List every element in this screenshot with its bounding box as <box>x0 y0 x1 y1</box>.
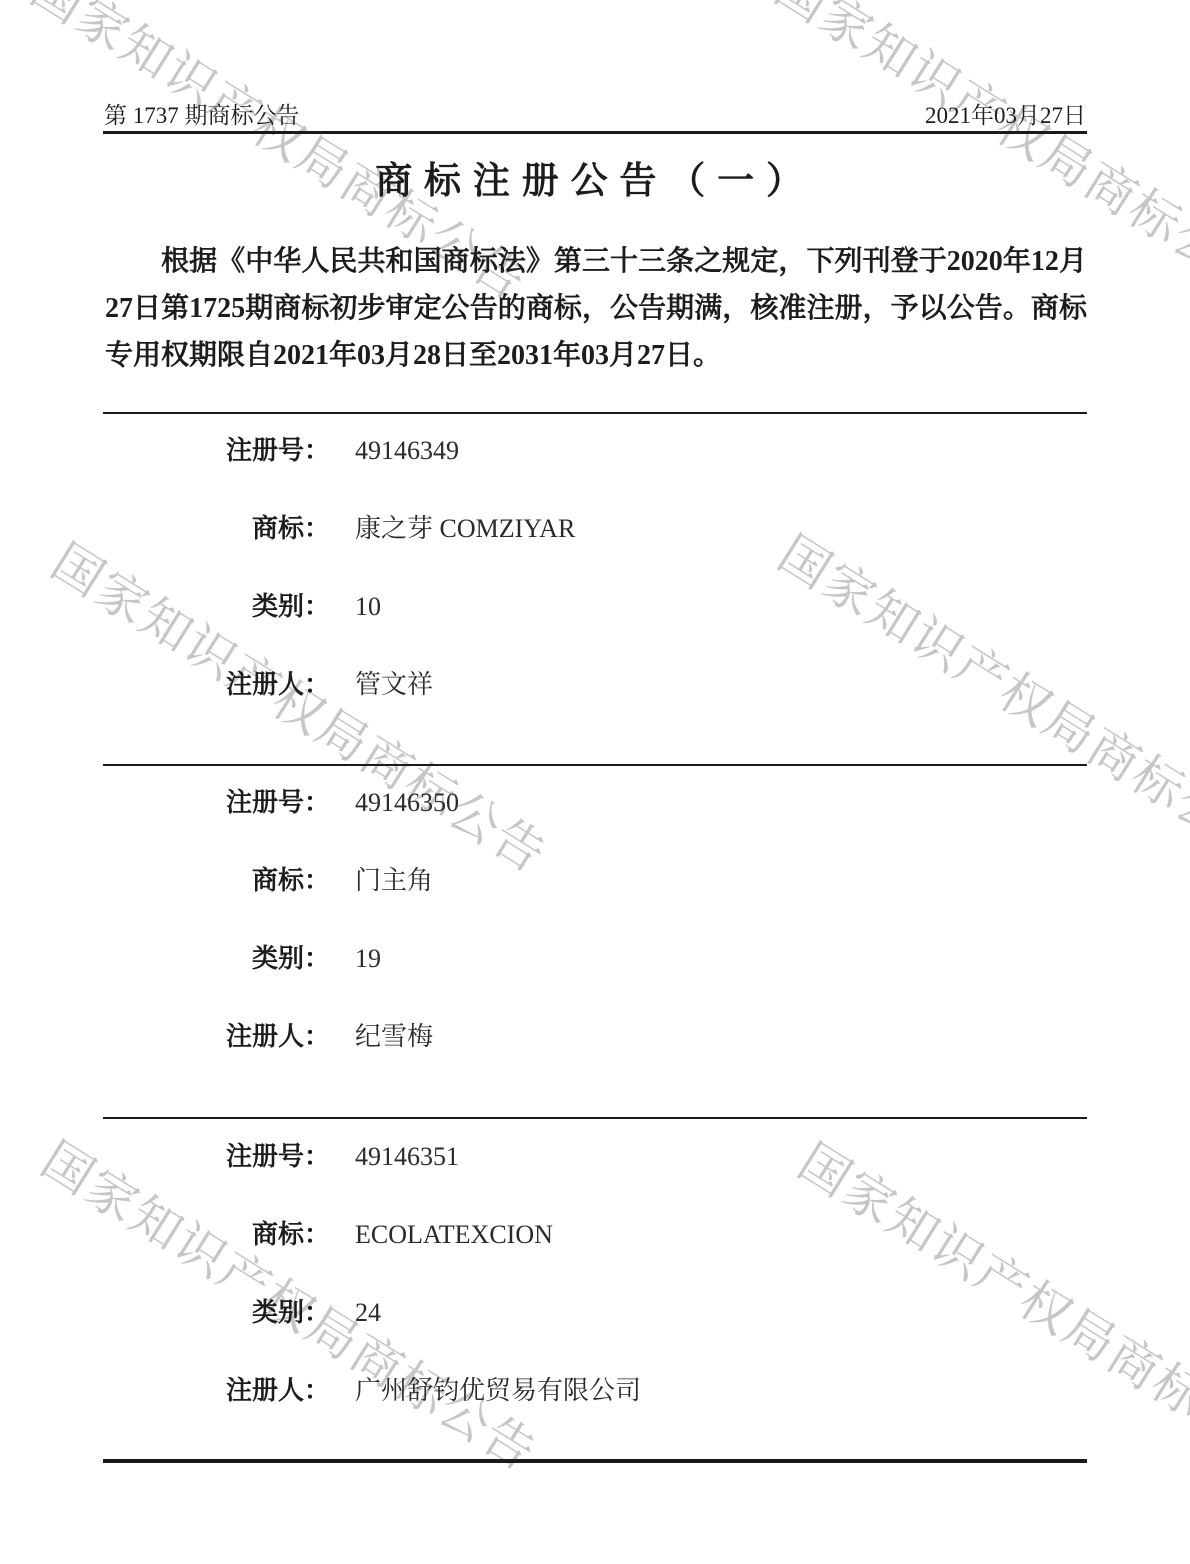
gazette-date: 2021年03月27日 <box>925 97 1086 130</box>
gazette-issue-label: 第 1737 期商标公告 <box>104 97 300 130</box>
field-label: 商标： <box>102 1214 330 1251</box>
page-bottom-divider <box>103 1459 1087 1463</box>
field-value: 49146350 <box>355 788 459 818</box>
trademark-entry: 注册号： 49146350 商标： 门主角 类别： 19 注册人： 纪雪梅 <box>102 782 1087 1094</box>
field-row-registrant: 注册人： 广州舒钧优贸易有限公司 <box>102 1370 1087 1397</box>
intro-paragraph: 根据《中华人民共和国商标法》第三十三条之规定，下列刊登于2020年12月27日第… <box>105 238 1087 379</box>
field-row-reg-no: 注册号： 49146349 <box>102 430 1087 457</box>
field-label: 类别： <box>102 586 330 623</box>
field-label: 注册号： <box>102 782 330 819</box>
field-row-class: 类别： 24 <box>102 1292 1087 1319</box>
field-row-trademark: 商标： 康之芽 COMZIYAR <box>102 508 1087 535</box>
field-value: 49146351 <box>355 1142 459 1172</box>
field-label: 商标： <box>102 508 330 545</box>
field-label: 注册人： <box>102 1370 330 1407</box>
field-label: 注册人： <box>102 1016 330 1053</box>
field-value: ECOLATEXCION <box>355 1220 553 1250</box>
field-label: 类别： <box>102 1292 330 1329</box>
field-value: 康之芽 COMZIYAR <box>355 508 575 545</box>
field-label: 类别： <box>102 938 330 975</box>
field-value: 19 <box>355 944 381 974</box>
page-title: 商标注册公告（一） <box>0 150 1190 204</box>
field-label: 注册人： <box>102 664 330 701</box>
header-divider <box>103 131 1087 134</box>
field-value: 24 <box>355 1298 381 1328</box>
field-value: 管文祥 <box>355 664 433 701</box>
field-row-trademark: 商标： 门主角 <box>102 860 1087 887</box>
entry-divider <box>103 1117 1087 1119</box>
field-label: 注册号： <box>102 430 330 467</box>
field-value: 49146349 <box>355 436 459 466</box>
field-value: 10 <box>355 592 381 622</box>
field-label: 商标： <box>102 860 330 897</box>
trademark-entry: 注册号： 49146351 商标： ECOLATEXCION 类别： 24 注册… <box>102 1136 1087 1448</box>
field-row-reg-no: 注册号： 49146351 <box>102 1136 1087 1163</box>
field-row-reg-no: 注册号： 49146350 <box>102 782 1087 809</box>
field-row-class: 类别： 19 <box>102 938 1087 965</box>
field-value: 门主角 <box>355 860 433 897</box>
field-label: 注册号： <box>102 1136 330 1173</box>
field-row-registrant: 注册人： 纪雪梅 <box>102 1016 1087 1043</box>
field-value: 纪雪梅 <box>355 1016 433 1053</box>
field-row-trademark: 商标： ECOLATEXCION <box>102 1214 1087 1241</box>
trademark-entry: 注册号： 49146349 商标： 康之芽 COMZIYAR 类别： 10 注册… <box>102 430 1087 742</box>
field-row-registrant: 注册人： 管文祥 <box>102 664 1087 691</box>
gazette-page: 国家知识产权局商标公告 国家知识产权局商标公告 国家知识产权局商标公告 国家知识… <box>0 0 1190 1564</box>
entry-divider <box>103 412 1087 414</box>
entry-divider <box>103 764 1087 766</box>
field-row-class: 类别： 10 <box>102 586 1087 613</box>
field-value: 广州舒钧优贸易有限公司 <box>355 1370 641 1407</box>
